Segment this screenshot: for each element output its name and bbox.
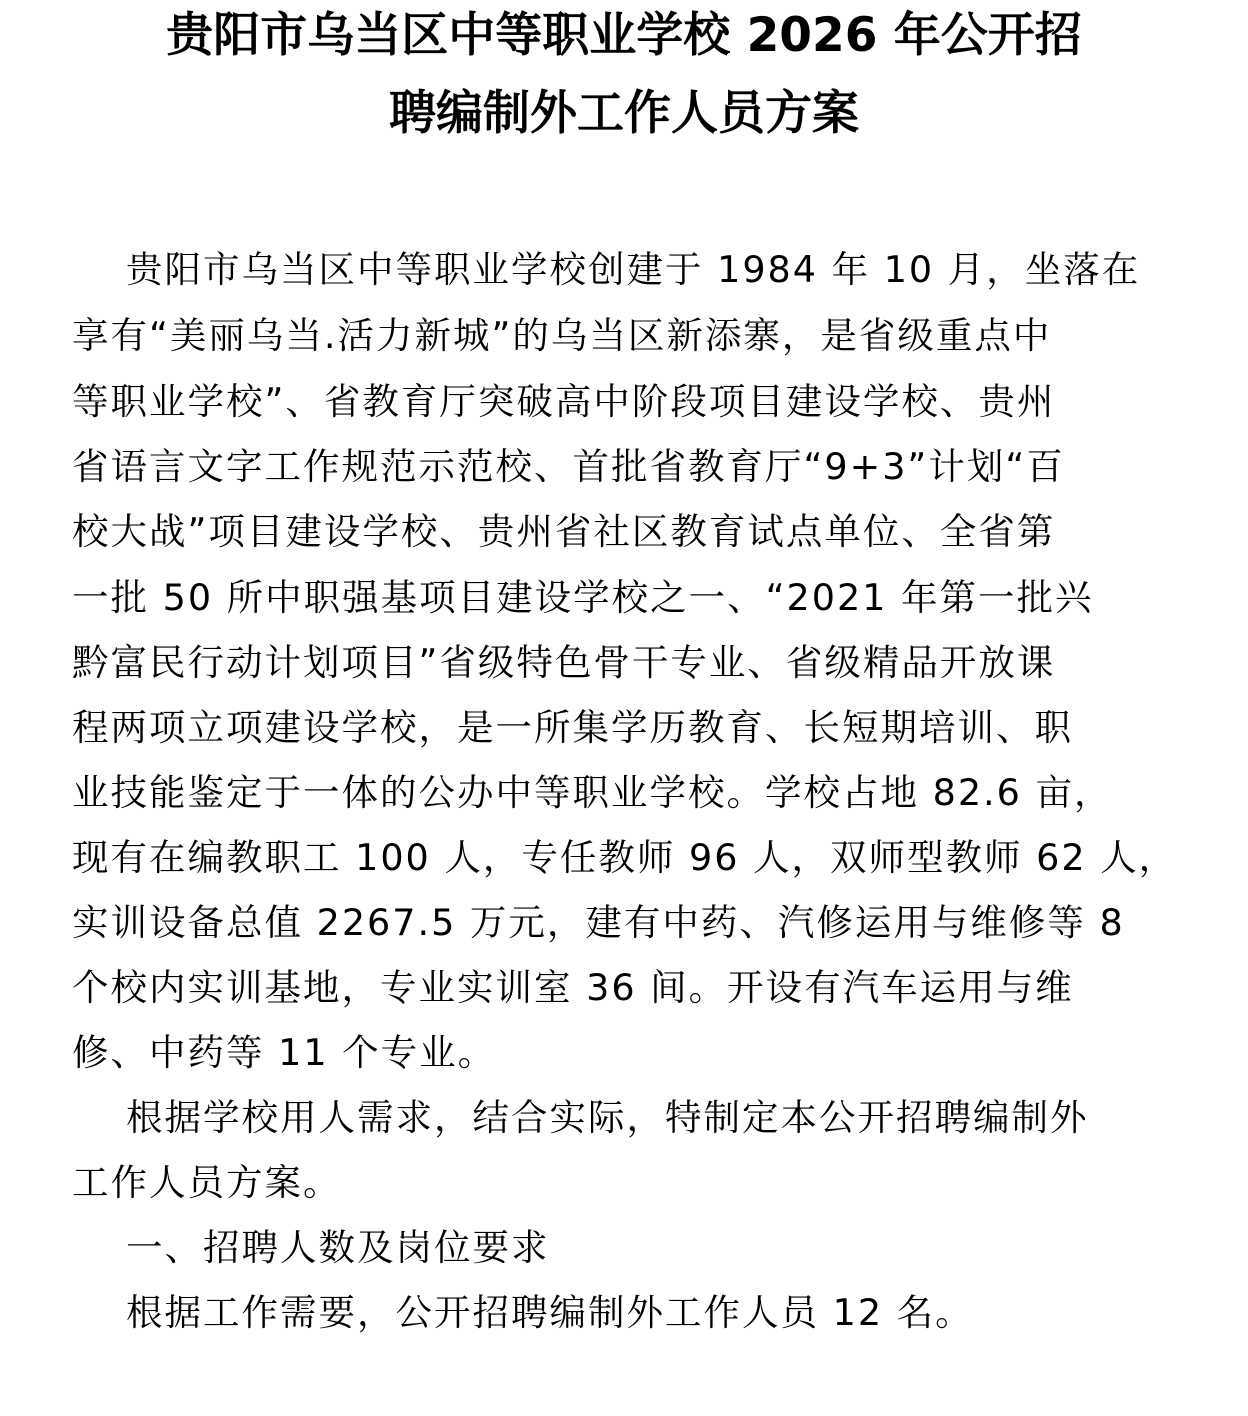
intro-line: 一批 50 所中职强基项目建设学校之一、“2021 年第一批兴 [72, 576, 1152, 620]
intro-line: 省语言文字工作规范示范校、首批省教育厅“9+3”计划“百 [72, 445, 1152, 489]
document-title-line-2: 聘编制外工作人员方案 [60, 80, 1188, 148]
intro-line: 等职业学校”、省教育厅突破高中阶段项目建设学校、贵州 [72, 380, 1152, 424]
intro-line: 校大战”项目建设学校、贵州省社区教育试点单位、全省第 [72, 510, 1152, 554]
intro-line: 实训设备总值 2267.5 万元，建有中药、汽修运用与维修等 8 [72, 901, 1152, 945]
intro-line: 贵阳市乌当区中等职业学校创建于 1984 年 10 月，坐落在 [126, 248, 1156, 292]
purpose-line: 根据学校用人需求，结合实际，特制定本公开招聘编制外 [126, 1096, 1156, 1140]
intro-line: 业技能鉴定于一体的公办中等职业学校。学校占地 82.6 亩， [72, 771, 1152, 815]
intro-line: 现有在编教职工 100 人，专任教师 96 人，双师型教师 62 人， [72, 836, 1152, 880]
intro-line: 个校内实训基地，专业实训室 36 间。开设有汽车运用与维 [72, 966, 1152, 1010]
section-1-text: 根据工作需要，公开招聘编制外工作人员 12 名。 [126, 1291, 1156, 1335]
section-1-heading: 一、招聘人数及岗位要求 [126, 1226, 1156, 1270]
purpose-line: 工作人员方案。 [72, 1161, 1152, 1205]
document-title-line-1: 贵阳市乌当区中等职业学校 2026 年公开招 [60, 2, 1188, 70]
intro-line: 修、中药等 11 个专业。 [72, 1031, 1152, 1075]
intro-line: 黔富民行动计划项目”省级特色骨干专业、省级精品开放课 [72, 641, 1152, 685]
document-page: 贵阳市乌当区中等职业学校 2026 年公开招 聘编制外工作人员方案 贵阳市乌当区… [0, 0, 1248, 1416]
intro-line: 享有“美丽乌当.活力新城”的乌当区新添寨，是省级重点中 [72, 314, 1152, 358]
intro-line: 程两项立项建设学校，是一所集学历教育、长短期培训、职 [72, 706, 1152, 750]
